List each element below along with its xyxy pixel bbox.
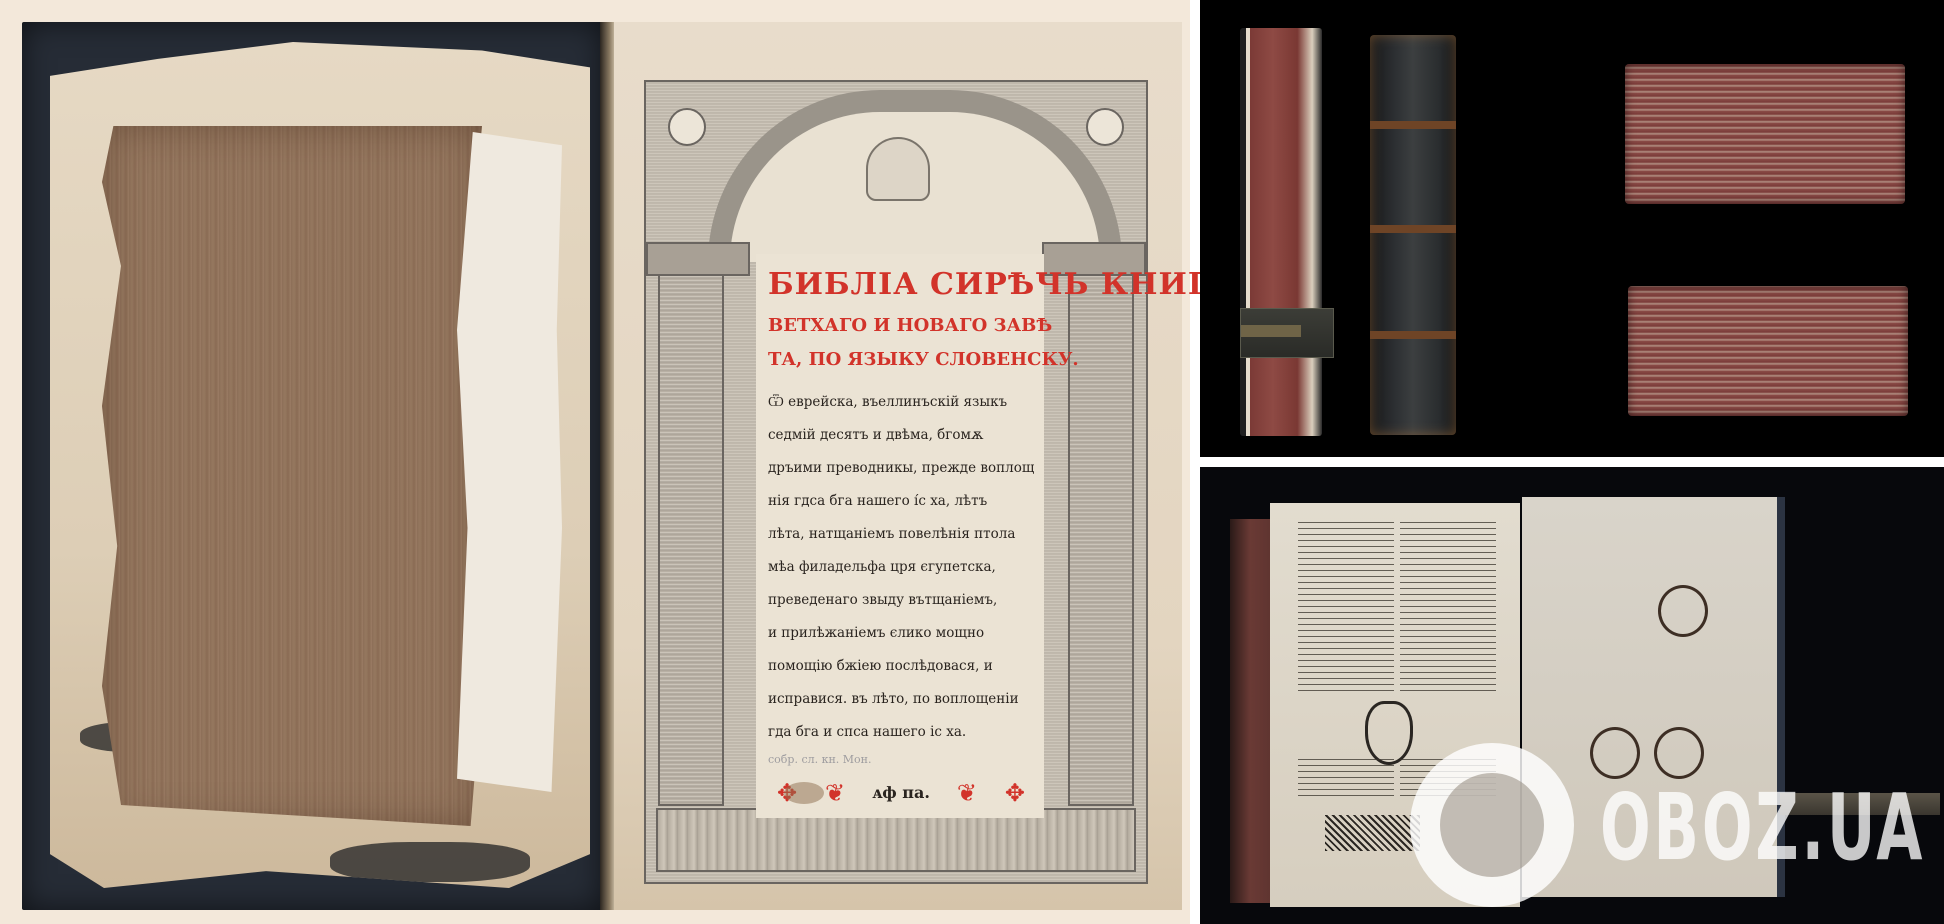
printers-device-icon <box>1365 701 1413 765</box>
rosette-icon: ✥ <box>1004 782 1026 804</box>
vase-ornament-icon <box>866 137 930 201</box>
capital-left <box>646 242 750 276</box>
body-line: мѣа филадельфа цря єгупетска, <box>768 551 1034 584</box>
knot-ornament-icon <box>1325 815 1420 851</box>
fleuron-icon: ❦ <box>956 782 978 804</box>
text-column <box>1298 521 1394 691</box>
tail-edge <box>1628 286 1908 416</box>
ring-stain <box>1590 727 1640 779</box>
engraved-frame: БИБЛІА СИРѢЧЬ КНИГЫ ВЕТХАГО И НОВАГО ЗАВ… <box>644 80 1148 884</box>
body-line: дръими преводникы, прежде воплощ <box>768 452 1034 485</box>
ring-stain <box>1654 727 1704 779</box>
watermark-text: OBOZ.UA <box>1600 782 1925 874</box>
title-line-1: БИБЛІА СИРѢЧЬ КНИГЫ <box>768 268 1034 302</box>
text-column <box>1400 521 1496 691</box>
title-heading: БИБЛІА СИРѢЧЬ КНИГЫ ВЕТХАГО И НОВАГО ЗАВ… <box>768 268 1034 370</box>
title-line-2: ВЕТХАГО И НОВАГО ЗАВѢ <box>768 316 1034 336</box>
text-column <box>1298 758 1394 796</box>
roundel-ornament-icon <box>668 108 706 146</box>
roundel-ornament-icon <box>1086 108 1124 146</box>
title-page: БИБЛІА СИРѢЧЬ КНИГЫ ВЕТХАГО И НОВАГО ЗАВ… <box>614 22 1182 910</box>
pencil-annotation: собр. сл. кн. Мон. <box>768 753 1034 766</box>
column-right <box>1068 242 1134 806</box>
raised-band <box>1370 225 1456 233</box>
title-body: Ѿ еврейска, въеллинъскій языкъ седмій де… <box>768 386 1034 749</box>
fore-edge <box>1240 28 1322 436</box>
body-line: преведенаго звыду вътщаніемъ, <box>768 584 1034 617</box>
print-date: ᴀф па. <box>872 783 930 802</box>
leather-spine <box>1370 35 1456 435</box>
body-line: гда бга и спса нашего іс ха. <box>768 716 1034 749</box>
watermark-logo <box>1410 743 1574 907</box>
title-line-3: ТА, ПО ЯЗЫКУ СЛОВЕНСКУ. <box>768 350 1034 370</box>
body-line: Ѿ еврейска, въеллинъскій языкъ <box>768 386 1034 419</box>
body-line: лѣта, натщаніемъ повелѣнія птола <box>768 518 1034 551</box>
body-line: нія гдса бга нашего і́с ха, лѣтъ <box>768 485 1034 518</box>
exposed-wooden-board <box>102 126 482 826</box>
raised-band <box>1370 331 1456 339</box>
head-edge <box>1625 64 1905 204</box>
photo-panel-title-spread: БИБЛІА СИРѢЧЬ КНИГЫ ВЕТХАГО И НОВАГО ЗАВ… <box>0 0 1190 924</box>
fleuron-icon: ❦ <box>824 782 846 804</box>
paper-remnant <box>457 132 562 792</box>
raised-band <box>1370 121 1456 129</box>
stain <box>784 782 824 804</box>
clasp-icon <box>1240 308 1334 358</box>
inner-front-cover <box>22 22 602 910</box>
ring-stain <box>1658 585 1708 637</box>
photo-panel-edges <box>1200 0 1944 457</box>
body-line: седмій десятъ и двѣма, бгомѫ <box>768 419 1034 452</box>
title-text-block: БИБЛІА СИРѢЧЬ КНИГЫ ВЕТХАГО И НОВАГО ЗАВ… <box>756 254 1044 818</box>
body-line: помощію бжіею послѣдовася, и <box>768 650 1034 683</box>
globe-icon <box>1440 773 1544 877</box>
column-left <box>658 242 724 806</box>
body-line: и прилѣжаніемъ єлико мощно <box>768 617 1034 650</box>
body-line: исправися. въ лѣто, по воплощеніи <box>768 683 1034 716</box>
stain <box>330 842 530 882</box>
open-book: БИБЛІА СИРѢЧЬ КНИГЫ ВЕТХАГО И НОВАГО ЗАВ… <box>22 22 1182 910</box>
